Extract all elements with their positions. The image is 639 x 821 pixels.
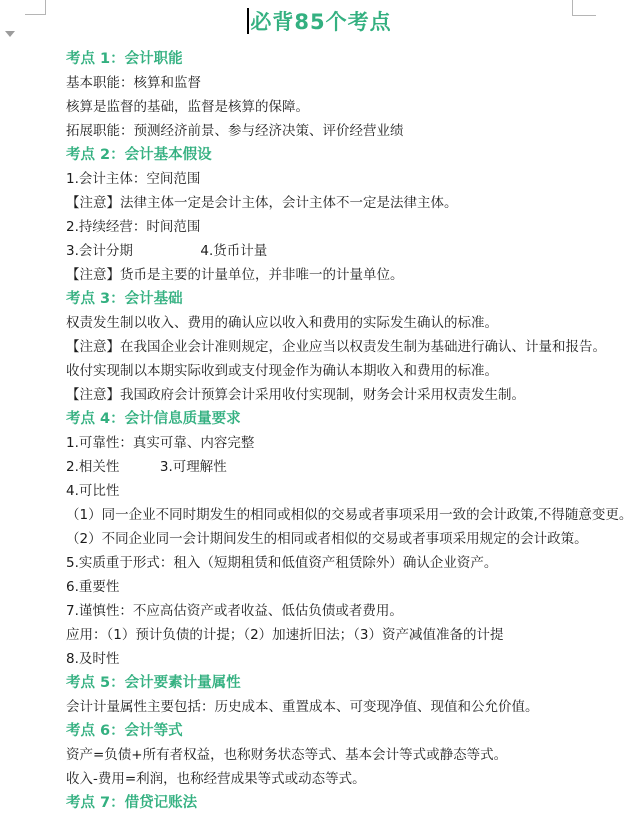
line-text: 8.及时性 [66,651,119,667]
line-text: 权责发生制以收入、费用的确认应以收入和费用的实际发生确认的标准。 [66,315,498,331]
doc-line[interactable]: 考点 3：会计基础 [66,287,615,311]
line-text: 收入-费用=利润，也称经营成果等式或动态等式。 [66,771,366,787]
doc-line[interactable]: （1）同一企业不同时期发生的相同或相似的交易或者事项采用一致的会计政策,不得随意… [66,503,615,527]
line-text: 考点 7：借贷记账法 [66,795,197,811]
line-text: 会计计量属性主要包括：历史成本、重置成本、可变现净值、现值和公允价值。 [66,699,539,715]
doc-line[interactable]: 权责发生制以收入、费用的确认应以收入和费用的实际发生确认的标准。 [66,311,615,335]
doc-line[interactable]: 2.相关性 3.可理解性 [66,455,615,479]
doc-line[interactable]: 考点 1：会计职能 [66,47,615,71]
doc-line[interactable]: 收付实现制以本期实际收到或支付现金作为确认本期收入和费用的标准。 [66,359,615,383]
line-text: （2）不同企业同一会计期间发生的相同或者相似的交易或者事项采用规定的会计政策。 [66,531,588,547]
doc-line[interactable]: 3.会计分期 4.货币计量 [66,239,615,263]
line-text: 应用：（1）预计负债的计提；（2）加速折旧法；（3）资产减值准备的计提 [66,627,504,643]
line-text: 6.重要性 [66,579,119,595]
doc-line[interactable]: 2.持续经营：时间范围 [66,215,615,239]
doc-line[interactable]: 应用：（1）预计负债的计提；（2）加速折旧法；（3）资产减值准备的计提 [66,623,615,647]
line-text: 1.可靠性：真实可靠、内容完整 [66,435,254,451]
line-text: 3.会计分期 4.货币计量 [66,243,267,259]
doc-line[interactable]: 【注意】在我国企业会计准则规定，企业应当以权责发生制为基础进行确认、计量和报告。 [66,335,615,359]
line-text: 1.会计主体：空间范围 [66,171,200,187]
doc-line[interactable]: 考点 5：会计要素计量属性 [66,671,615,695]
doc-line[interactable]: 7.谨慎性：不应高估资产或者收益、低估负债或者费用。 [66,599,615,623]
line-text: 资产=负债+所有者权益，也称财务状态等式、基本会计等式或静态等式。 [66,747,507,763]
doc-line[interactable]: 拓展职能：预测经济前景、参与经济决策、评价经营业绩 [66,119,615,143]
line-text: 拓展职能：预测经济前景、参与经济决策、评价经营业绩 [66,123,404,139]
line-text: 考点 4：会计信息质量要求 [66,411,241,427]
doc-line[interactable]: 资产=负债+所有者权益，也称财务状态等式、基本会计等式或静态等式。 [66,743,615,767]
doc-line[interactable]: 基本职能：核算和监督 [66,71,615,95]
line-text: 2.相关性 3.可理解性 [66,459,227,475]
doc-line[interactable]: 1.可靠性：真实可靠、内容完整 [66,431,615,455]
document-page[interactable]: 必背85个考点 考点 1：会计职能基本职能：核算和监督核算是监督的基础，监督是核… [0,0,639,821]
line-text: 考点 5：会计要素计量属性 [66,675,241,691]
page-title-text: 必背85个考点 [250,10,391,34]
line-text: 核算是监督的基础，监督是核算的保障。 [66,99,309,115]
doc-line[interactable]: 【注意】法律主体一定是会计主体，会计主体不一定是法律主体。 [66,191,615,215]
doc-line[interactable]: （2）不同企业同一会计期间发生的相同或者相似的交易或者事项采用规定的会计政策。 [66,527,615,551]
doc-line[interactable]: 会计计量属性主要包括：历史成本、重置成本、可变现净值、现值和公允价值。 [66,695,615,719]
doc-line[interactable]: 考点 6：会计等式 [66,719,615,743]
line-text: 【注意】法律主体一定是会计主体，会计主体不一定是法律主体。 [66,195,458,211]
line-text: 7.谨慎性：不应高估资产或者收益、低估负债或者费用。 [66,603,403,619]
line-text: 考点 3：会计基础 [66,291,183,307]
line-text: 【注意】我国政府会计预算会计采用收付实现制，财务会计采用权责发生制。 [66,387,525,403]
doc-line[interactable]: 考点 4：会计信息质量要求 [66,407,615,431]
line-text: （1）同一企业不同时期发生的相同或相似的交易或者事项采用一致的会计政策,不得随意… [66,507,632,523]
line-text: 【注意】在我国企业会计准则规定，企业应当以权责发生制为基础进行确认、计量和报告。 [66,339,606,355]
doc-line[interactable]: 1.会计主体：空间范围 [66,167,615,191]
line-text: 4.可比性 [66,483,119,499]
doc-line[interactable]: 5.实质重于形式：租入（短期租赁和低值资产租赁除外）确认企业资产。 [66,551,615,575]
doc-line[interactable]: 【注意】我国政府会计预算会计采用收付实现制，财务会计采用权责发生制。 [66,383,615,407]
line-text: 2.持续经营：时间范围 [66,219,200,235]
doc-line[interactable]: 考点 7：借贷记账法 [66,791,615,815]
doc-line[interactable]: 4.可比性 [66,479,615,503]
document-body[interactable]: 考点 1：会计职能基本职能：核算和监督核算是监督的基础，监督是核算的保障。拓展职… [66,47,615,815]
line-text: 考点 1：会计职能 [66,51,183,67]
doc-line[interactable]: 考点 2：会计基本假设 [66,143,615,167]
doc-line[interactable]: 6.重要性 [66,575,615,599]
line-text: 基本职能：核算和监督 [66,75,201,91]
line-text: 【注意】货币是主要的计量单位，并非唯一的计量单位。 [66,267,404,283]
line-text: 考点 2：会计基本假设 [66,147,212,163]
line-text: 5.实质重于形式：租入（短期租赁和低值资产租赁除外）确认企业资产。 [66,555,497,571]
doc-line[interactable]: 【注意】货币是主要的计量单位，并非唯一的计量单位。 [66,263,615,287]
doc-line[interactable]: 收入-费用=利润，也称经营成果等式或动态等式。 [66,767,615,791]
doc-line[interactable]: 8.及时性 [66,647,615,671]
line-text: 收付实现制以本期实际收到或支付现金作为确认本期收入和费用的标准。 [66,363,498,379]
line-text: 考点 6：会计等式 [66,723,183,739]
doc-line[interactable]: 核算是监督的基础，监督是核算的保障。 [66,95,615,119]
page-title[interactable]: 必背85个考点 [0,6,639,36]
